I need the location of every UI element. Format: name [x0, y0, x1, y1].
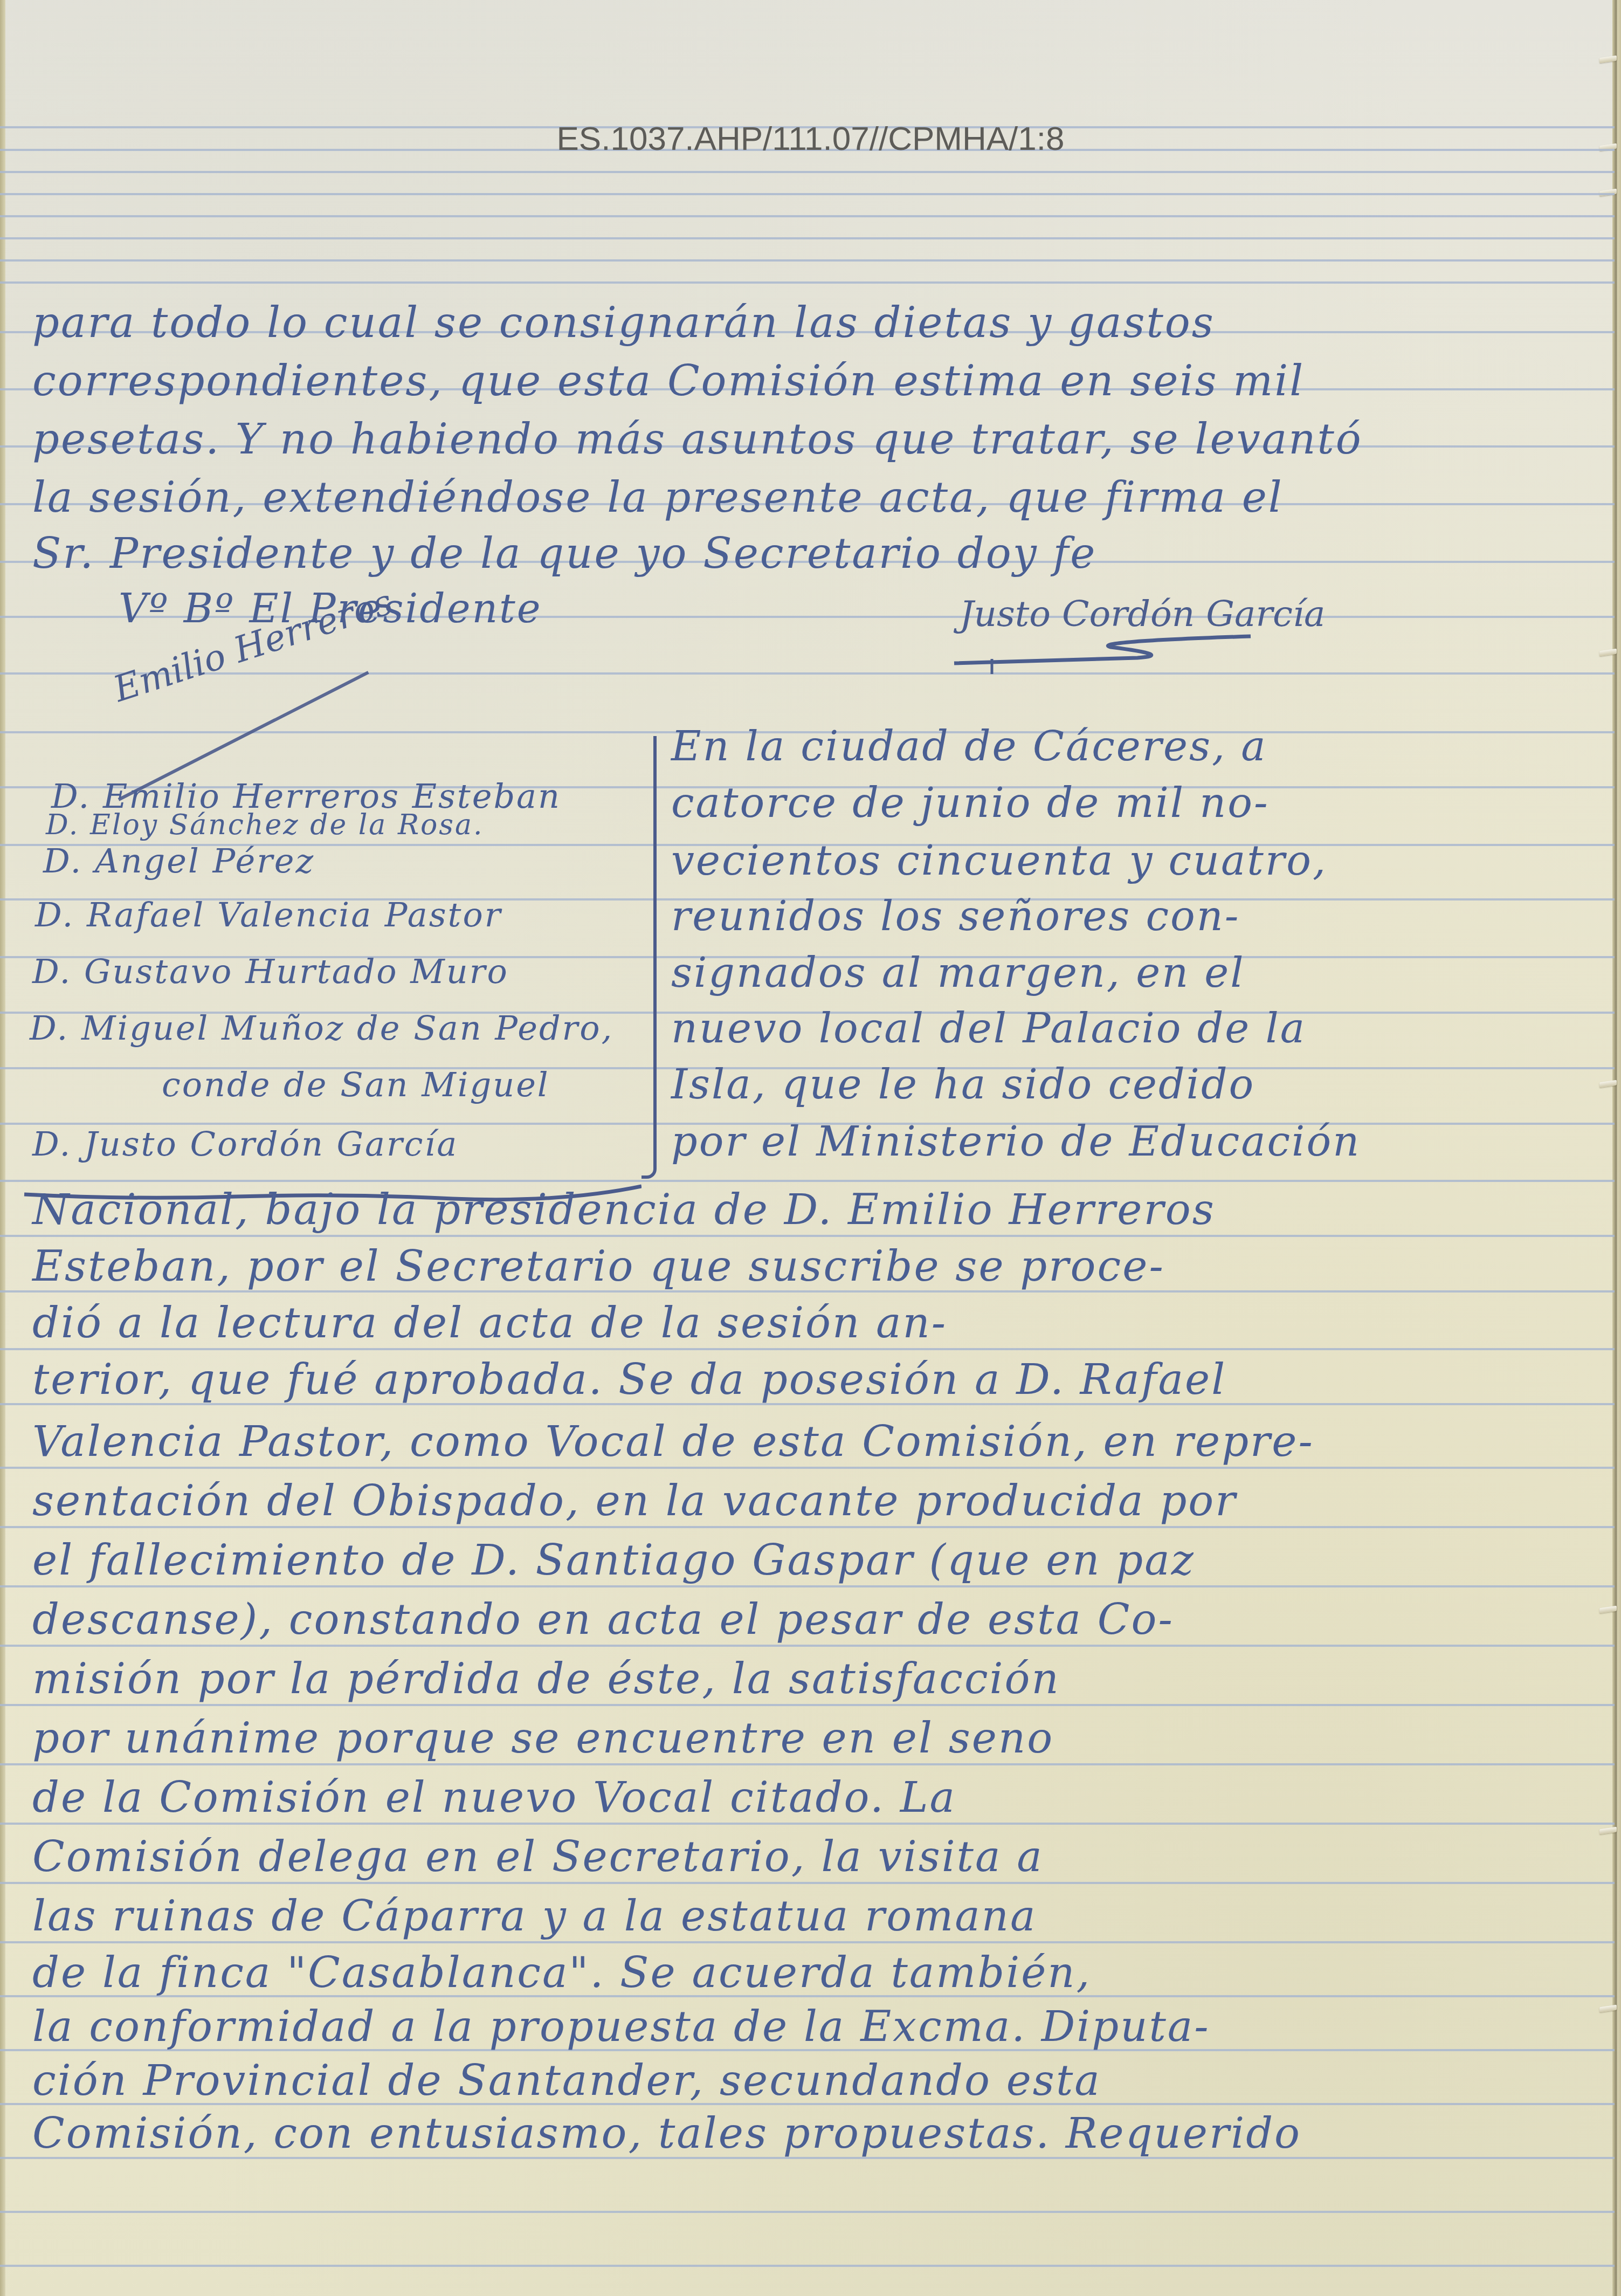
text-line: catorce de junio de mil no- [671, 782, 1270, 824]
page-gutter [1612, 0, 1621, 2296]
text-line: correspondientes, que esta Comisión esti… [32, 360, 1305, 402]
text-line: sentación del Obispado, en la vacante pr… [32, 1480, 1237, 1522]
text-line: Valencia Pastor, como Vocal de esta Comi… [32, 1421, 1314, 1463]
text-line: misión por la pérdida de éste, la satisf… [32, 1658, 1060, 1700]
text-line: Sr. Presidente y de la que yo Secretario… [32, 533, 1097, 575]
text-line: vecientos cincuenta y cuatro, [671, 840, 1327, 882]
archive-reference-code: ES.1037.AHP/111.07//CPMHA/1:8 [0, 120, 1621, 158]
attendee-name: D. Miguel Muñoz de San Pedro, [30, 1008, 613, 1048]
attendee-name: D. Eloy Sánchez de la Rosa. [46, 809, 484, 841]
attendee-bracket [641, 736, 657, 1179]
text-line: Nacional, bajo la presidencia de D. Emil… [32, 1189, 1216, 1231]
text-line: ción Provincial de Santander, secundando… [32, 2060, 1101, 2102]
text-line: signados al margen, en el [671, 952, 1245, 994]
attendee-name: D. Justo Cordón García [32, 1124, 458, 1164]
text-line: Esteban, por el Secretario que suscribe … [32, 1246, 1165, 1288]
signature-flourish [949, 625, 1326, 674]
attendee-name: D. Angel Pérez [43, 841, 315, 881]
document-page: ES.1037.AHP/111.07//CPMHA/1:8 para todo … [0, 0, 1621, 2296]
text-line: el fallecimiento de D. Santiago Gaspar (… [32, 1539, 1195, 1582]
text-line: la sesión, extendiéndose la presente act… [32, 477, 1284, 519]
text-line: por unánime porque se encuentre en el se… [32, 1717, 1054, 1759]
text-line: las ruinas de Cáparra y a la estatua rom… [32, 1895, 1037, 1937]
text-line: de la Comisión el nuevo Vocal citado. La [32, 1777, 956, 1819]
text-line: nuevo local del Palacio de la [671, 1007, 1306, 1049]
text-line: reunidos los señores con- [671, 895, 1240, 937]
text-line: Comisión delega en el Secretario, la vis… [32, 1836, 1044, 1878]
attendee-name: conde de San Miguel [162, 1065, 550, 1104]
text-line: pesetas. Y no habiendo más asuntos que t… [32, 418, 1363, 460]
text-line: Comisión, con entusiasmo, tales propuest… [32, 2113, 1301, 2155]
text-line: por el Ministerio de Educación [671, 1120, 1361, 1163]
attendee-name: D. Rafael Valencia Pastor [35, 895, 502, 934]
text-line: terior, que fué aprobada. Se da posesión… [32, 1359, 1226, 1401]
text-line: la conformidad a la propuesta de la Excm… [32, 2006, 1210, 2048]
text-line: Isla, que le ha sido cedido [671, 1063, 1255, 1105]
text-line: de la finca "Casablanca". Se acuerda tam… [32, 1952, 1091, 1994]
attendee-name: D. Gustavo Hurtado Muro [32, 952, 509, 991]
text-line: En la ciudad de Cáceres, a [671, 725, 1267, 767]
binding-edge [0, 0, 5, 2296]
text-line: descanse), constando en acta el pesar de… [32, 1599, 1174, 1641]
text-line: para todo lo cual se consignarán las die… [32, 302, 1215, 344]
text-line: dió a la lectura del acta de la sesión a… [32, 1302, 947, 1344]
